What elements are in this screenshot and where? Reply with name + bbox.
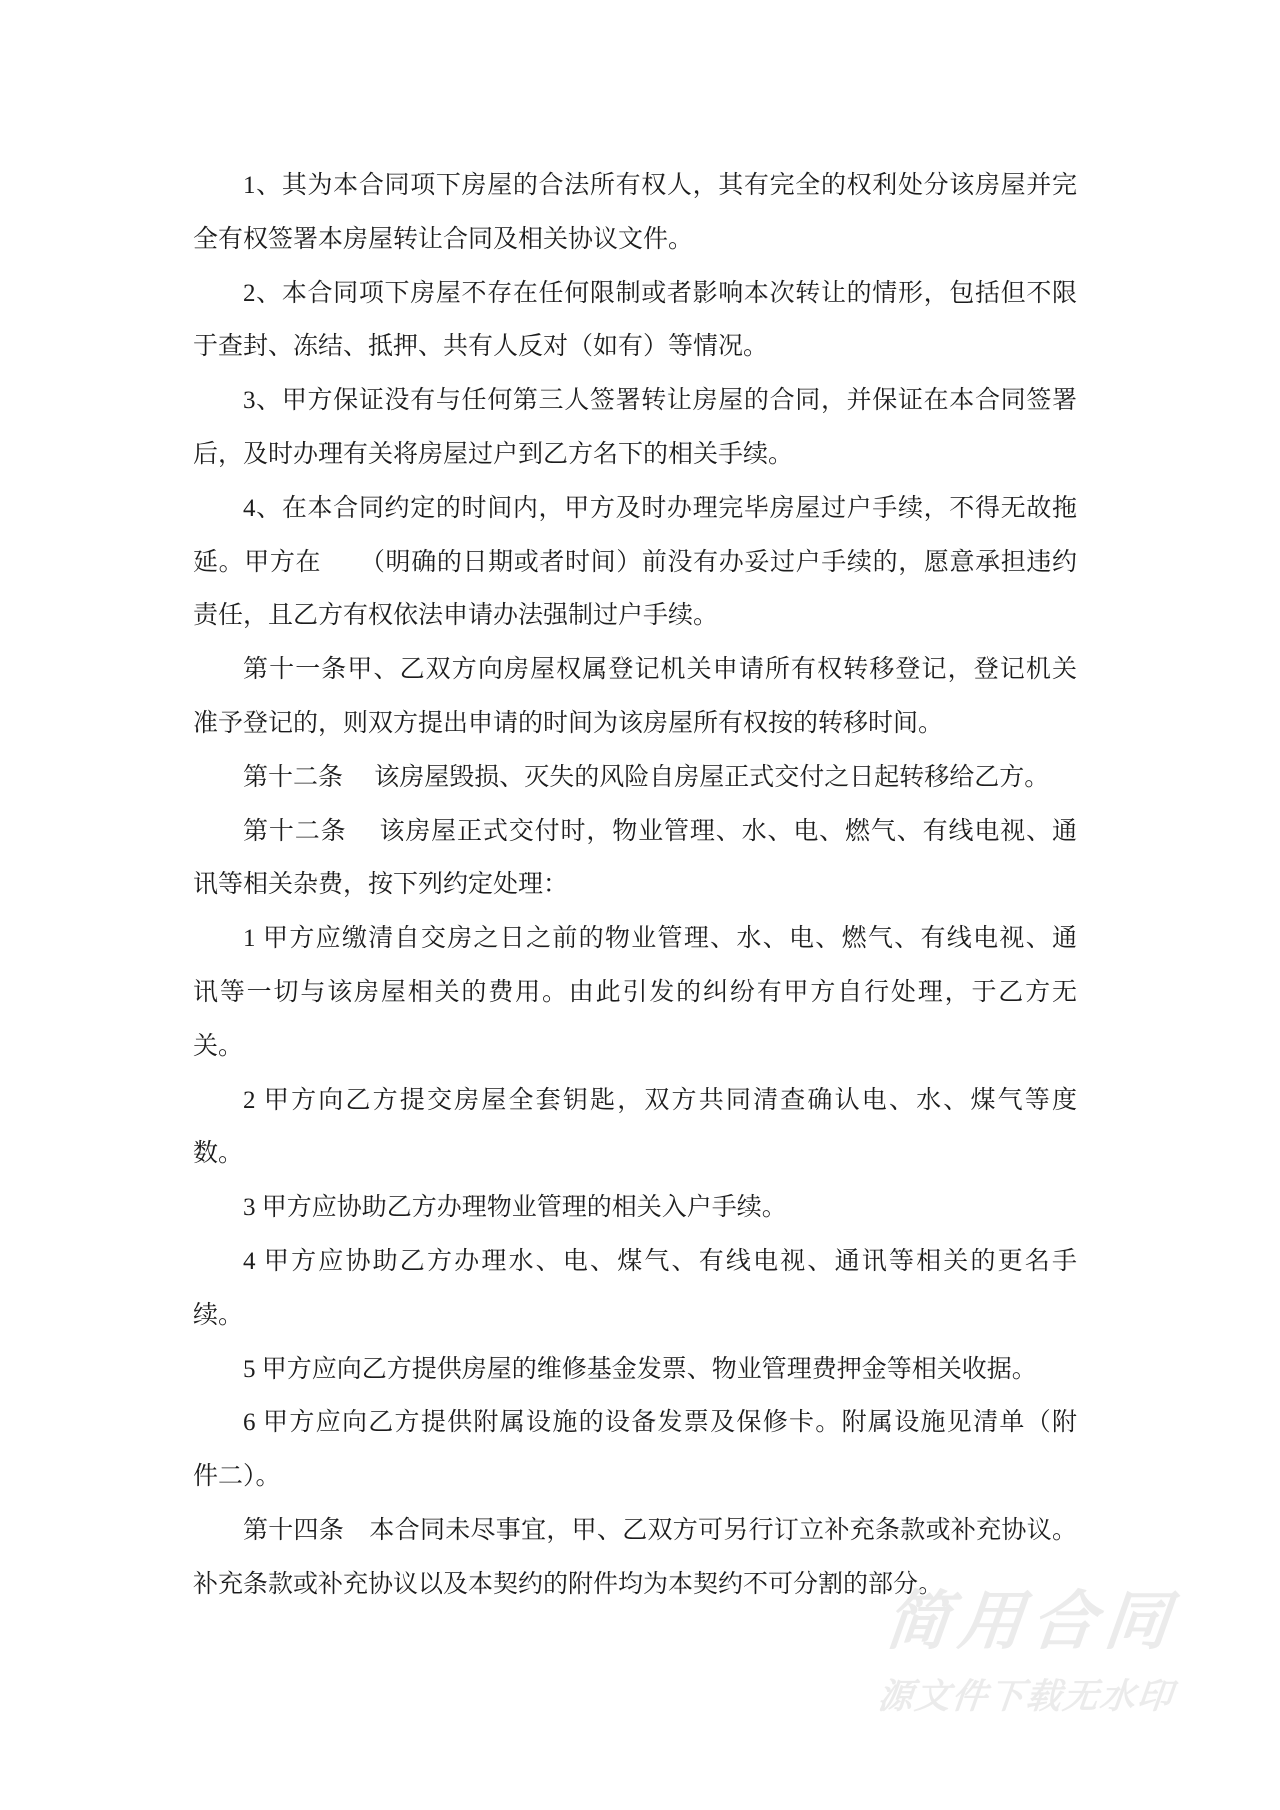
- watermark: 简用合同 源文件下载无水印: [876, 1590, 1185, 1715]
- watermark-subtitle: 源文件下载无水印: [876, 1680, 1176, 1715]
- text-line: 4、在本合同约定的时间内，甲方及时办理完毕房屋过户手续，不得无故拖: [193, 482, 1077, 536]
- text-line: 件二）。: [193, 1450, 1077, 1504]
- text-line: 4 甲方应协助乙方办理水、电、煤气、有线电视、通讯等相关的更名手: [193, 1235, 1077, 1289]
- text-line: 2 甲方向乙方提交房屋全套钥匙，双方共同清查确认电、水、煤气等度: [193, 1074, 1077, 1128]
- text-line: 3 甲方应协助乙方办理物业管理的相关入户手续。: [193, 1181, 1077, 1235]
- contract-body: 1、其为本合同项下房屋的合法所有权人，其有完全的权利处分该房屋并完全有权签署本房…: [193, 159, 1077, 1612]
- text-line: 1、其为本合同项下房屋的合法所有权人，其有完全的权利处分该房屋并完: [193, 159, 1077, 213]
- text-line: 准予登记的，则双方提出申请的时间为该房屋所有权按的转移时间。: [193, 697, 1077, 751]
- text-line: 续。: [193, 1289, 1077, 1343]
- text-line: 第十二条 该房屋毁损、灭失的风险自房屋正式交付之日起转移给乙方。: [193, 751, 1077, 805]
- text-line: 6 甲方应向乙方提供附属设施的设备发票及保修卡。附属设施见清单（附: [193, 1396, 1077, 1450]
- text-line: 于查封、冻结、抵押、共有人反对（如有）等情况。: [193, 320, 1077, 374]
- text-line: 讯等一切与该房屋相关的费用。由此引发的纠纷有甲方自行处理，于乙方无: [193, 966, 1077, 1020]
- watermark-title: 简用合同: [882, 1590, 1185, 1654]
- text-line: 讯等相关杂费，按下列约定处理：: [193, 858, 1077, 912]
- text-line: 5 甲方应向乙方提供房屋的维修基金发票、物业管理费押金等相关收据。: [193, 1343, 1077, 1397]
- text-line: 延。甲方在 （明确的日期或者时间）前没有办妥过户手续的，愿意承担违约: [193, 536, 1077, 590]
- text-line: 3、甲方保证没有与任何第三人签署转让房屋的合同，并保证在本合同签署: [193, 374, 1077, 428]
- text-line: 全有权签署本房屋转让合同及相关协议文件。: [193, 213, 1077, 267]
- text-line: 责任，且乙方有权依法申请办法强制过户手续。: [193, 589, 1077, 643]
- document-page: 1、其为本合同项下房屋的合法所有权人，其有完全的权利处分该房屋并完全有权签署本房…: [0, 0, 1280, 1810]
- text-line: 2、本合同项下房屋不存在任何限制或者影响本次转让的情形，包括但不限: [193, 267, 1077, 321]
- text-line: 数。: [193, 1127, 1077, 1181]
- text-line: 后，及时办理有关将房屋过户到乙方名下的相关手续。: [193, 428, 1077, 482]
- text-line: 第十四条 本合同未尽事宜，甲、乙双方可另行订立补充条款或补充协议。: [193, 1504, 1077, 1558]
- text-line: 第十二条 该房屋正式交付时，物业管理、水、电、燃气、有线电视、通: [193, 805, 1077, 859]
- text-line: 第十一条甲、乙双方向房屋权属登记机关申请所有权转移登记，登记机关: [193, 643, 1077, 697]
- text-line: 1 甲方应缴清自交房之日之前的物业管理、水、电、燃气、有线电视、通: [193, 912, 1077, 966]
- text-line: 关。: [193, 1020, 1077, 1074]
